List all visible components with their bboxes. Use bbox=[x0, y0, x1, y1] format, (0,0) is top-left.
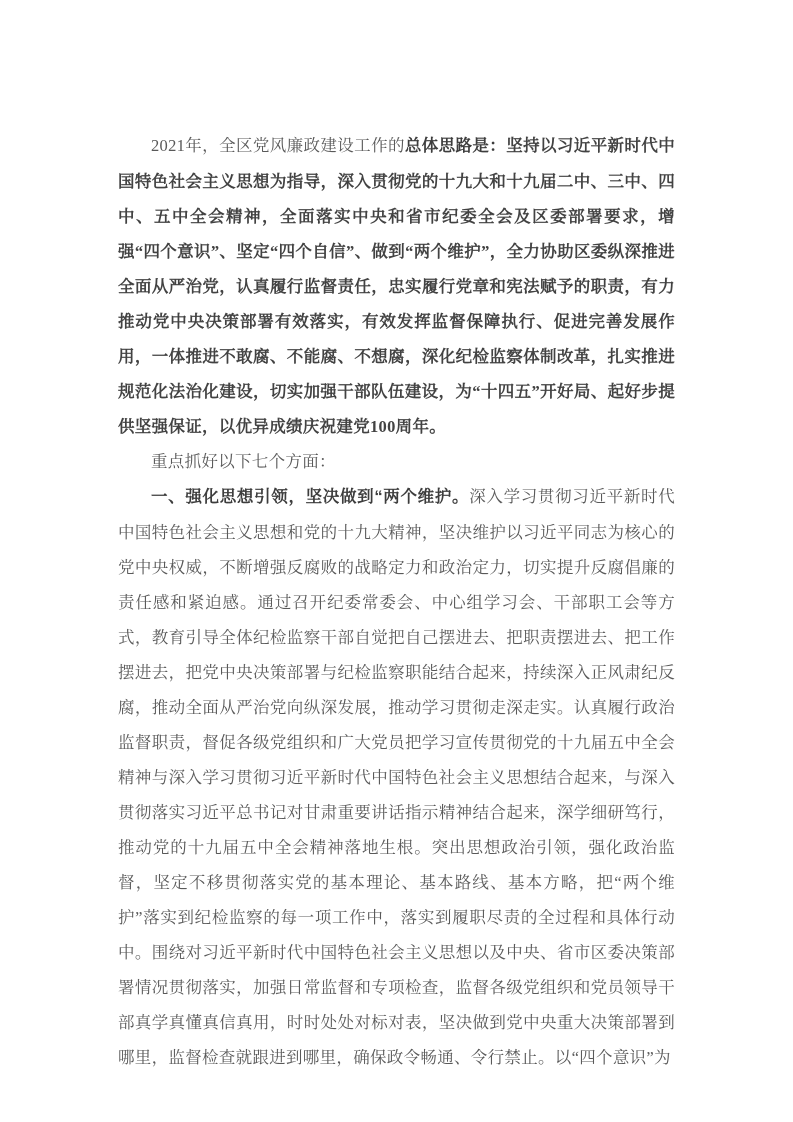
document-content: 2021年，全区党风廉政建设工作的总体思路是：坚持以习近平新时代中国特色社会主义… bbox=[118, 128, 675, 1075]
paragraph: 一、强化思想引领，坚决做到“两个维护。深入学习贯彻习近平新时代中国特色社会主义思… bbox=[118, 479, 675, 1075]
paragraph: 重点抓好以下七个方面： bbox=[118, 444, 675, 479]
text-segment-bold-sans: 一、强化思想引领，坚决做到“两个维护。 bbox=[151, 488, 469, 506]
text-segment-regular-script: 2021年，全区党风廉政建设工作的 bbox=[151, 136, 405, 155]
text-segment-regular-script: 深入学习贯彻习近平新时代中国特色社会主义思想和党的十九大精神，坚决维护以习近平同… bbox=[118, 487, 675, 1067]
document-page: 2021年，全区党风廉政建设工作的总体思路是：坚持以习近平新时代中国特色社会主义… bbox=[0, 0, 793, 1122]
text-segment-regular-script: 重点抓好以下七个方面： bbox=[151, 452, 336, 471]
text-segment-bold-sans: 总体思路是： bbox=[405, 137, 506, 155]
paragraph: 2021年，全区党风廉政建设工作的总体思路是：坚持以习近平新时代中国特色社会主义… bbox=[118, 128, 675, 444]
text-segment-bold-script: 坚持以习近平新时代中国特色社会主义思想为指导，深入贯彻党的十九大和十九届二中、三… bbox=[118, 136, 675, 436]
